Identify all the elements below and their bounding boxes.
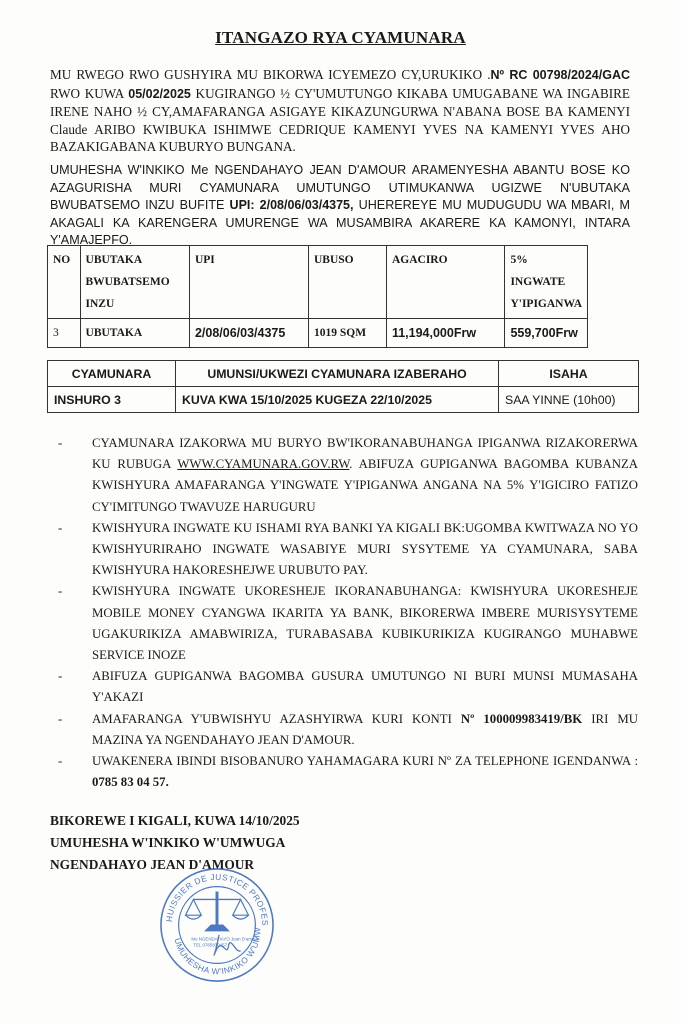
cell-time: SAA YINNE (10h00) [499,387,639,413]
header-cell: NO [48,246,81,319]
bullet-dash: - [58,751,62,772]
list-item: -KWISHYURA INGWATE KU ISHAMI RYA BANKI Y… [52,518,638,582]
bullet-dash: - [58,709,62,730]
cell-round: INSHURO 3 [48,387,176,413]
svg-text:HUISSIER DE JUSTICE PROFESSION: HUISSIER DE JUSTICE PROFESSIONNEL [158,866,270,926]
header-cell: UBUSO [308,246,386,319]
stamp-inner-phone: TEL 0785830457 [193,943,227,948]
header-cell: UPI [189,246,308,319]
bullet-dash: - [58,433,62,454]
item-text: UWAKENERA IBINDI BISOBANURO YAHAMAGARA K… [92,754,638,768]
cell-value: 11,194,000Frw [386,319,504,348]
item-text: KWISHYURA INGWATE KU ISHAMI RYA BANKI YA… [92,521,638,577]
bullet-dash: - [58,666,62,687]
cell-upi: 2/08/06/03/4375 [189,319,308,348]
page-title: ITANGAZO RYA CYAMUNARA [0,28,681,48]
header-cell: AGACIRO [386,246,504,319]
stamp-inner-name: Me NGENDAHAYO Jean D'amour [191,937,258,942]
intro-paragraph-2: UMUHESHA W'INKIKO Me NGENDAHAYO JEAN D'A… [50,162,630,250]
phone-number: 0785 83 04 57. [92,775,169,789]
header-cell: ISAHA [499,361,639,387]
case-number: Nº RC 00798/2024/GAC [491,68,630,82]
auction-website-link[interactable]: WWW.CYAMUNARA.GOV.RW [177,457,349,471]
official-stamp-icon: HUISSIER DE JUSTICE PROFESSIONNEL UMUHES… [158,866,276,984]
item-text: AMAFARANGA Y'UBWISHYU AZASHYIRWA KURI KO… [92,712,461,726]
stamp-top-text: HUISSIER DE JUSTICE PROFESSIONNEL [158,866,270,926]
table-row: 3 UBUTAKA 2/08/06/03/4375 1019 SQM 11,19… [48,319,588,348]
cell-area: 1019 SQM [308,319,386,348]
account-number: Nº 100009983419/BK [461,712,582,726]
list-item: -ABIFUZA GUPIGANWA BAGOMBA GUSURA UMUTUN… [52,666,638,708]
header-cell: UBUTAKA BWUBATSEMO INZU [80,246,189,319]
cell-type: UBUTAKA [80,319,189,348]
table-header-row: CYAMUNARA UMUNSI/UKWEZI CYAMUNARA IZABER… [48,361,639,387]
list-item: -KWISHYURA INGWATE UKORESHEJE IKORANABUH… [52,581,638,666]
list-item: -CYAMUNARA IZAKORWA MU BURYO BW'IKORANAB… [52,433,638,518]
cell-dates: KUVA KWA 15/10/2025 KUGEZA 22/10/2025 [176,387,499,413]
item-text: ABIFUZA GUPIGANWA BAGOMBA GUSURA UMUTUNG… [92,669,638,704]
table-header-row: NO UBUTAKA BWUBATSEMO INZU UPI UBUSO AGA… [48,246,588,319]
bullet-dash: - [58,518,62,539]
conditions-list: -CYAMUNARA IZAKORWA MU BURYO BW'IKORANAB… [52,433,638,793]
signatory-title: UMUHESHA W'INKIKO W'UMWUGA [50,832,300,854]
header-cell: CYAMUNARA [48,361,176,387]
schedule-table: CYAMUNARA UMUNSI/UKWEZI CYAMUNARA IZABER… [47,360,639,413]
cell-deposit: 559,700Frw [505,319,588,348]
intro-text: RWO KUWA [50,86,128,101]
list-item: -AMAFARANGA Y'UBWISHYU AZASHYIRWA KURI K… [52,709,638,751]
judgment-date: 05/02/2025 [128,87,191,101]
header-cell: UMUNSI/UKWEZI CYAMUNARA IZABERAHO [176,361,499,387]
item-text: KWISHYURA INGWATE UKORESHEJE IKORANABUHA… [92,584,638,662]
intro-paragraph-1: MU RWEGO RWO GUSHYIRA MU BIKORWA ICYEMEZ… [50,66,630,156]
header-cell: 5% INGWATE Y'IPIGANWA [505,246,588,319]
upi-number: UPI: 2/08/06/03/4375, [230,198,354,212]
table-row: INSHURO 3 KUVA KWA 15/10/2025 KUGEZA 22/… [48,387,639,413]
cell-no: 3 [48,319,81,348]
place-date: BIKOREWE I KIGALI, KUWA 14/10/2025 [50,810,300,832]
list-item: -UWAKENERA IBINDI BISOBANURO YAHAMAGARA … [52,751,638,793]
bullet-dash: - [58,581,62,602]
property-table: NO UBUTAKA BWUBATSEMO INZU UPI UBUSO AGA… [47,245,588,348]
intro-text: MU RWEGO RWO GUSHYIRA MU BIKORWA ICYEMEZ… [50,67,491,82]
